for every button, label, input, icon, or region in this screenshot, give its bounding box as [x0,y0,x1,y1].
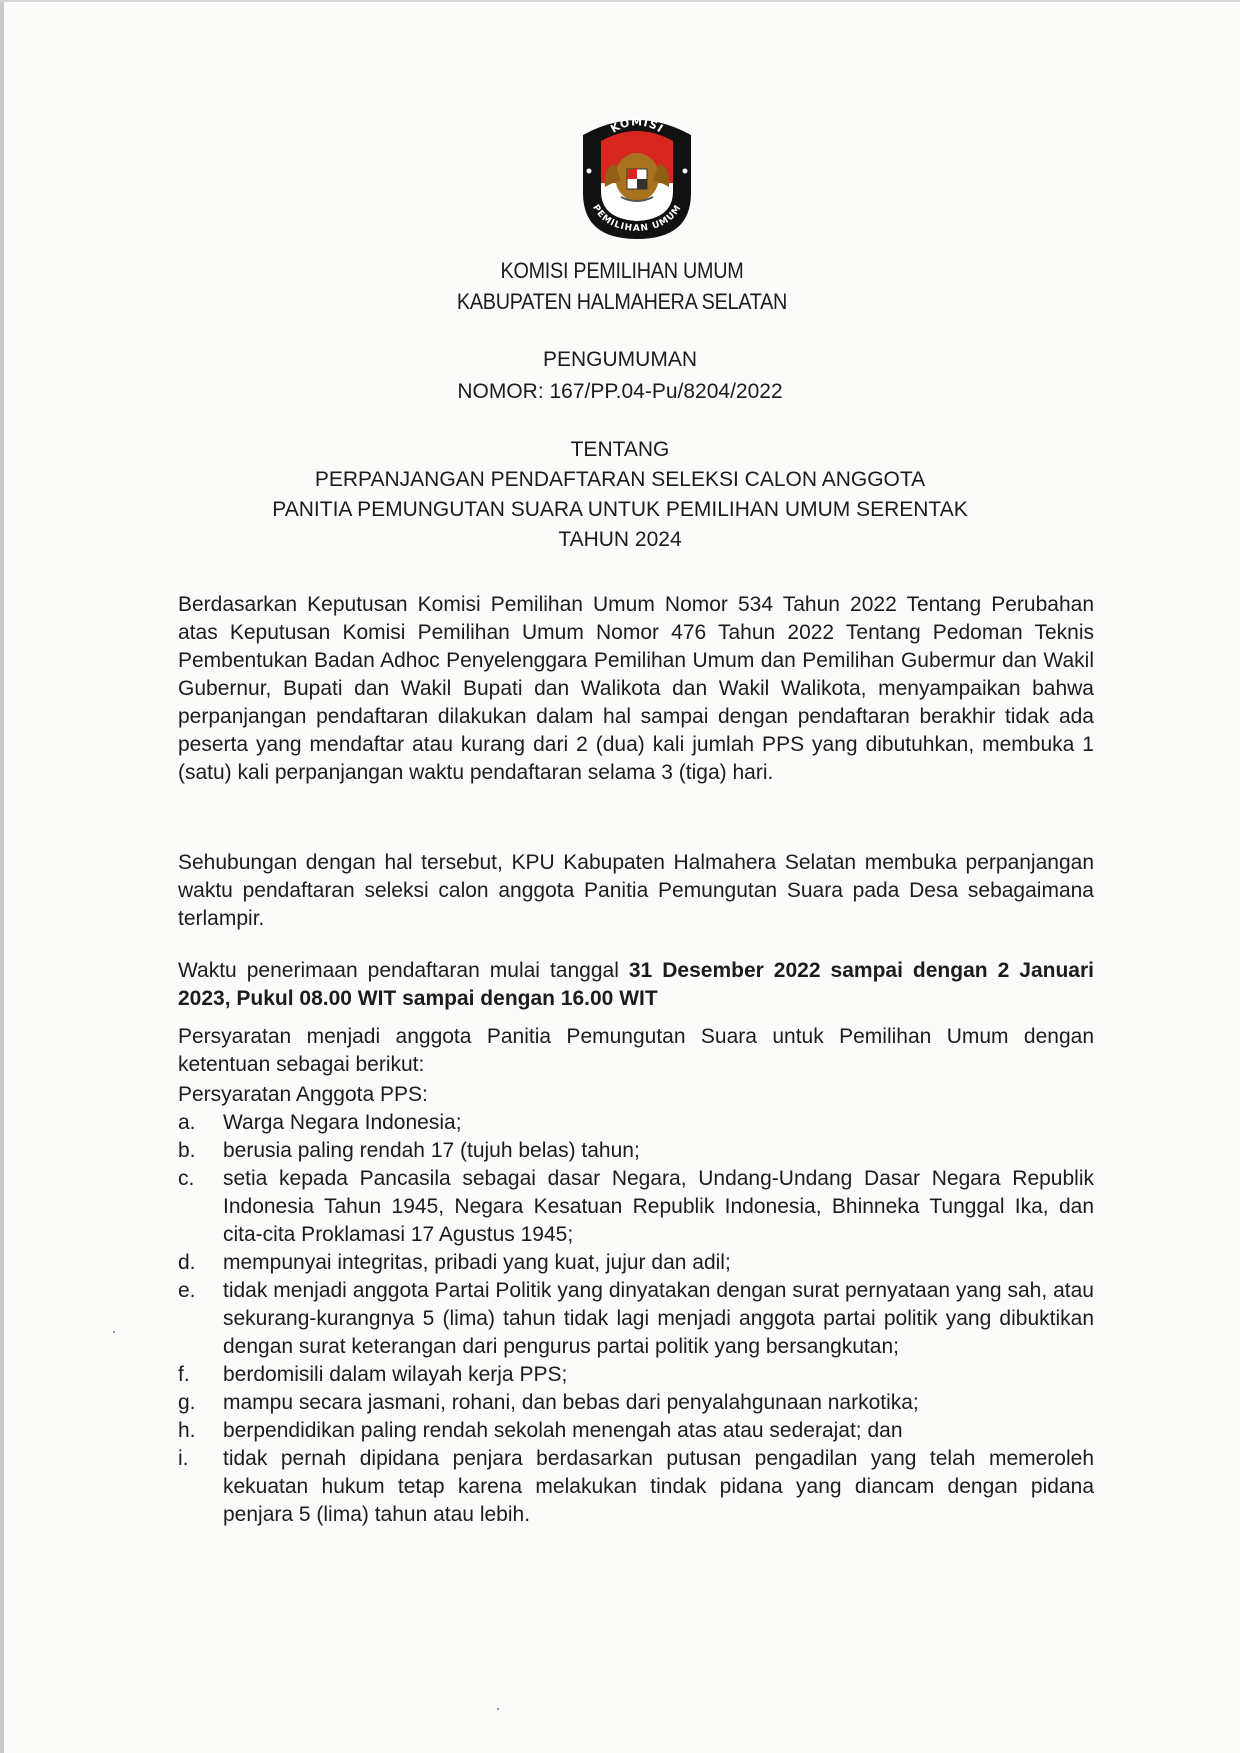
announcement-heading: PENGUMUMAN NOMOR: 167/PP.04-Pu/8204/2022 [0,344,1240,408]
requirements-list: a.Warga Negara Indonesia;b.berusia palin… [178,1109,1094,1529]
kpu-logo: KOMISI PEMILIHAN UMUM [575,111,699,241]
subject-line-3: TAHUN 2024 [0,525,1240,555]
institution-name: KOMISI PEMILIHAN UMUM [64,255,1180,286]
paragraph-registration-time: Waktu penerimaan pendaftaran mulai tangg… [178,957,1094,1013]
requirement-text: setia kepada Pancasila sebagai dasar Neg… [223,1167,1094,1246]
paragraph-legal-basis: Berdasarkan Keputusan Komisi Pemilihan U… [178,591,1094,787]
requirement-item: i.tidak pernah dipidana penjara berdasar… [178,1445,1094,1529]
scan-speck [113,1331,115,1333]
list-marker: f. [178,1361,190,1389]
requirement-item: d.mempunyai integritas, pribadi yang kua… [178,1249,1094,1277]
subject-line-2: PANITIA PEMUNGUTAN SUARA UNTUK PEMILIHAN… [0,495,1240,525]
paragraph-extension-notice: Sehubungan dengan hal tersebut, KPU Kabu… [178,849,1094,933]
institution-region: KABUPATEN HALMAHERA SELATAN [64,286,1180,317]
subject-line-1: PERPANJANGAN PENDAFTARAN SELEKSI CALON A… [0,465,1240,495]
requirement-item: e.tidak menjadi anggota Partai Politik y… [178,1277,1094,1361]
requirement-item: c.setia kepada Pancasila sebagai dasar N… [178,1165,1094,1249]
requirement-text: mempunyai integritas, pribadi yang kuat,… [223,1251,731,1274]
subject-heading: TENTANG PERPANJANGAN PENDAFTARAN SELEKSI… [0,435,1240,555]
requirement-item: b.berusia paling rendah 17 (tujuh belas)… [178,1137,1094,1165]
scan-edge-top [0,0,1240,2]
requirement-item: g.mampu secara jasmani, rohani, dan beba… [178,1389,1094,1417]
requirement-item: a.Warga Negara Indonesia; [178,1109,1094,1137]
list-marker: e. [178,1277,196,1305]
garuda-emblem-icon: KOMISI PEMILIHAN UMUM [575,111,699,241]
requirement-text: berpendidikan paling rendah sekolah mene… [223,1419,903,1442]
list-marker: h. [178,1417,196,1445]
list-marker: g. [178,1389,196,1417]
institution-header: KOMISI PEMILIHAN UMUM KABUPATEN HALMAHER… [64,255,1180,317]
document-type: PENGUMUMAN [0,344,1240,376]
scan-speck [497,1708,499,1710]
requirement-text: berusia paling rendah 17 (tujuh belas) t… [223,1139,640,1162]
requirement-text: Warga Negara Indonesia; [223,1111,462,1134]
requirement-text: tidak pernah dipidana penjara berdasarka… [223,1447,1094,1526]
document-number: NOMOR: 167/PP.04-Pu/8204/2022 [0,376,1240,408]
list-marker: d. [178,1249,196,1277]
list-marker: a. [178,1109,196,1137]
paragraph-requirements-intro: Persyaratan menjadi anggota Panitia Pemu… [178,1023,1094,1079]
list-marker: c. [178,1165,194,1193]
requirement-text: mampu secara jasmani, rohani, dan bebas … [223,1391,919,1414]
requirement-text: tidak menjadi anggota Partai Politik yan… [223,1279,1094,1358]
requirements-title: Persyaratan Anggota PPS: [178,1081,428,1109]
requirement-item: h.berpendidikan paling rendah sekolah me… [178,1417,1094,1445]
requirement-text: berdomisili dalam wilayah kerja PPS; [223,1363,567,1386]
list-marker: i. [178,1445,189,1473]
registration-time-prefix: Waktu penerimaan pendaftaran mulai tangg… [178,959,629,982]
about-label: TENTANG [0,435,1240,465]
requirement-item: f.berdomisili dalam wilayah kerja PPS; [178,1361,1094,1389]
list-marker: b. [178,1137,196,1165]
scan-edge-left [0,0,4,1753]
